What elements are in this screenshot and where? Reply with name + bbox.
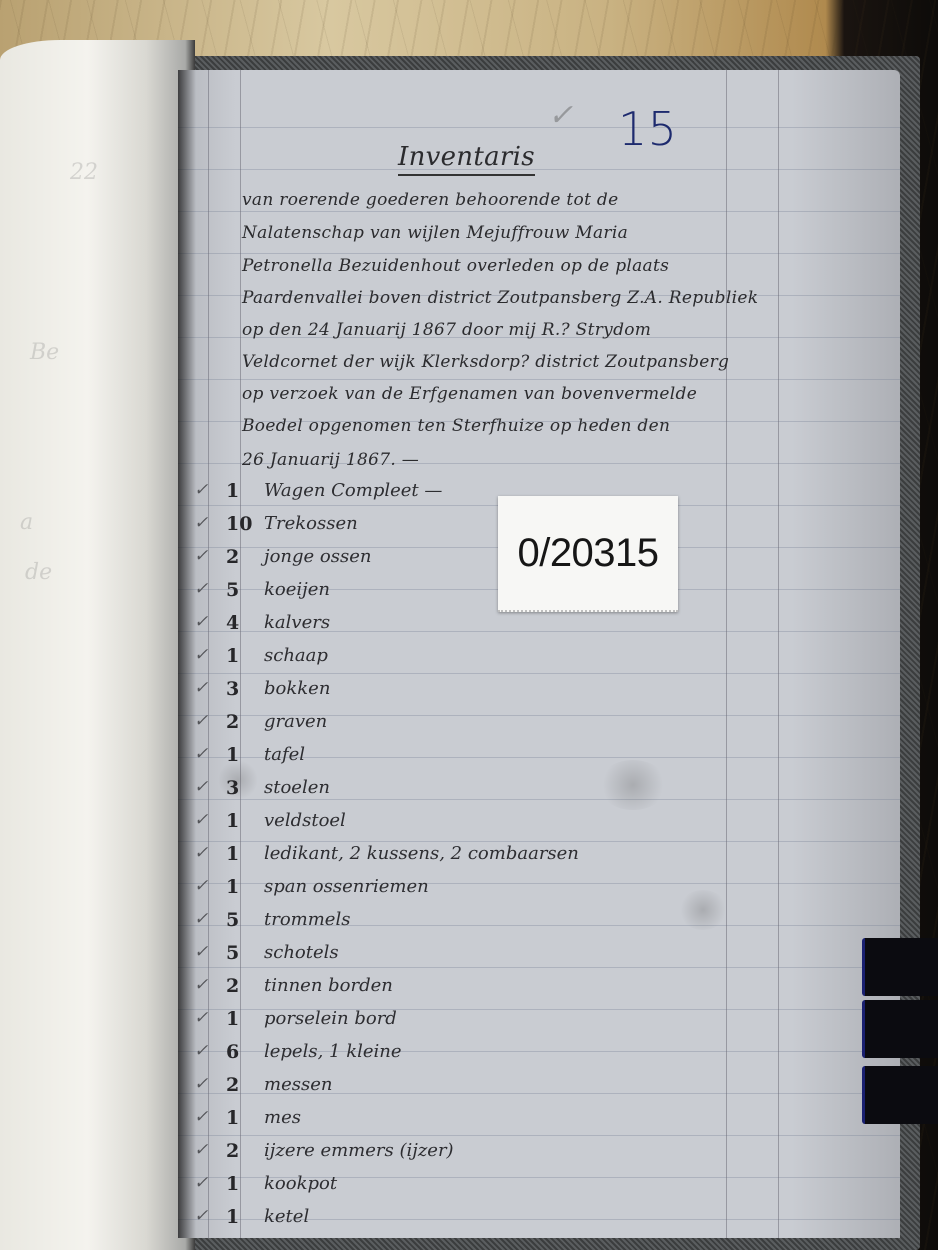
inventory-item: ✓ 1 ledikant, 2 kussens, 2 combaarsen xyxy=(194,843,794,877)
inventory-item: ✓ 1 span ossenriemen xyxy=(194,876,794,910)
inventory-item: ✓ 6 lepels, 1 kleine xyxy=(194,1041,794,1075)
document-page: ✓ 15 Inventaris van roerende goederen be… xyxy=(178,70,900,1238)
intro-line: 26 Januarij 1867. — xyxy=(242,450,419,470)
item-description: graven xyxy=(264,711,327,732)
check-mark: ✓ xyxy=(194,645,208,665)
intro-line: op den 24 Januarij 1867 door mij R.? Str… xyxy=(242,320,651,340)
item-description: mes xyxy=(264,1107,301,1128)
check-mark: ✓ xyxy=(194,909,208,929)
inventory-item: ✓ 10 Trekossen xyxy=(194,513,794,547)
check-mark: ✓ xyxy=(194,1041,208,1061)
intro-line: Boedel opgenomen ten Sterfhuize op heden… xyxy=(242,416,670,436)
intro-line: Nalatenschap van wijlen Mejuffrouw Maria xyxy=(242,223,628,243)
item-quantity: 2 xyxy=(226,1140,239,1162)
inventory-item: ✓ 1 tafel xyxy=(194,744,794,778)
item-quantity: 6 xyxy=(226,1041,239,1063)
check-mark: ✓ xyxy=(194,711,208,731)
item-description: span ossenriemen xyxy=(264,876,429,897)
inventory-item: ✓ 2 ijzere emmers (ijzer) xyxy=(194,1140,794,1174)
check-mark: ✓ xyxy=(194,513,208,533)
inventory-item: ✓ 1 Wagen Compleet — xyxy=(194,480,794,514)
item-description: Wagen Compleet — xyxy=(264,480,442,501)
check-mark: ✓ xyxy=(194,942,208,962)
item-quantity: 1 xyxy=(226,843,239,865)
check-mark: ✓ xyxy=(194,612,208,632)
check-mark: ✓ xyxy=(194,480,208,500)
left-page-mark: 22 xyxy=(70,160,98,185)
intro-line: Veldcornet der wijk Klerksdorp? district… xyxy=(242,352,729,372)
item-quantity: 1 xyxy=(226,1173,239,1195)
left-page-mark: a xyxy=(20,510,33,535)
item-description: stoelen xyxy=(264,777,330,798)
item-quantity: 1 xyxy=(226,1206,239,1228)
inventory-item: ✓ 1 schaap xyxy=(194,645,794,679)
item-quantity: 1 xyxy=(226,810,239,832)
binding-clip xyxy=(862,938,938,996)
item-description: koeijen xyxy=(264,579,330,600)
item-quantity: 3 xyxy=(226,777,239,799)
inventory-item: ✓ 1 mes xyxy=(194,1107,794,1141)
item-description: ketel xyxy=(264,1206,309,1227)
item-quantity: 1 xyxy=(226,645,239,667)
item-quantity: 4 xyxy=(226,612,239,634)
item-quantity: 1 xyxy=(226,744,239,766)
pencil-check-mark: ✓ xyxy=(548,98,573,133)
intro-line: op verzoek van de Erfgenamen van bovenve… xyxy=(242,384,697,404)
check-mark: ✓ xyxy=(194,678,208,698)
item-quantity: 2 xyxy=(226,711,239,733)
item-description: veldstoel xyxy=(264,810,346,831)
check-mark: ✓ xyxy=(194,1008,208,1028)
inventory-item: ✓ 1 veldstoel xyxy=(194,810,794,844)
item-description: tinnen borden xyxy=(264,975,393,996)
item-quantity: 2 xyxy=(226,975,239,997)
item-description: kalvers xyxy=(264,612,330,633)
check-mark: ✓ xyxy=(194,1206,208,1226)
item-description: tafel xyxy=(264,744,305,765)
item-description: messen xyxy=(264,1074,332,1095)
inventory-item: ✓ 5 trommels xyxy=(194,909,794,943)
left-page-mark: de xyxy=(25,560,52,585)
inventory-item: ✓ 2 tinnen borden xyxy=(194,975,794,1009)
inventory-item: ✓ 5 koeijen xyxy=(194,579,794,613)
item-description: trommels xyxy=(264,909,350,930)
inventory-item: ✓ 3 bokken xyxy=(194,678,794,712)
item-description: ijzere emmers (ijzer) xyxy=(264,1140,454,1161)
inventory-item: ✓ 5 schotels xyxy=(194,942,794,976)
check-mark: ✓ xyxy=(194,579,208,599)
inventory-item: ✓ 1 ketel xyxy=(194,1206,794,1238)
item-description: lepels, 1 kleine xyxy=(264,1041,402,1062)
item-description: jonge ossen xyxy=(264,546,371,567)
binding-clip xyxy=(862,1066,938,1124)
document-title: Inventaris xyxy=(398,142,535,176)
item-description: porselein bord xyxy=(264,1008,397,1029)
inventory-item: ✓ 2 graven xyxy=(194,711,794,745)
item-description: kookpot xyxy=(264,1173,337,1194)
check-mark: ✓ xyxy=(194,744,208,764)
check-mark: ✓ xyxy=(194,777,208,797)
archive-reference-number: 0/20315 xyxy=(517,531,658,576)
archive-reference-label: 0/20315 xyxy=(498,496,678,612)
inventory-item: ✓ 1 kookpot xyxy=(194,1173,794,1207)
check-mark: ✓ xyxy=(194,1107,208,1127)
item-quantity: 1 xyxy=(226,480,239,502)
check-mark: ✓ xyxy=(194,1173,208,1193)
inventory-item: ✓ 2 messen xyxy=(194,1074,794,1108)
item-quantity: 1 xyxy=(226,1008,239,1030)
check-mark: ✓ xyxy=(194,1140,208,1160)
item-quantity: 2 xyxy=(226,546,239,568)
item-quantity: 2 xyxy=(226,1074,239,1096)
intro-line: Petronella Bezuidenhout overleden op de … xyxy=(242,256,669,276)
item-quantity: 3 xyxy=(226,678,239,700)
check-mark: ✓ xyxy=(194,975,208,995)
inventory-item: ✓ 3 stoelen xyxy=(194,777,794,811)
intro-line: van roerende goederen behoorende tot de xyxy=(242,190,618,210)
item-description: Trekossen xyxy=(264,513,358,534)
item-quantity: 1 xyxy=(226,1107,239,1129)
intro-line: Paardenvallei boven district Zoutpansber… xyxy=(242,288,758,308)
check-mark: ✓ xyxy=(194,546,208,566)
inventory-item: ✓ 4 kalvers xyxy=(194,612,794,646)
left-page-mark: Be xyxy=(30,340,59,365)
check-mark: ✓ xyxy=(194,1074,208,1094)
check-mark: ✓ xyxy=(194,810,208,830)
check-mark: ✓ xyxy=(194,876,208,896)
inventory-item: ✓ 1 porselein bord xyxy=(194,1008,794,1042)
item-description: schaap xyxy=(264,645,328,666)
item-quantity: 5 xyxy=(226,579,239,601)
item-quantity: 10 xyxy=(226,513,252,535)
page-gutter-shadow xyxy=(178,70,196,1238)
item-quantity: 1 xyxy=(226,876,239,898)
folio-number: 15 xyxy=(618,102,677,156)
item-quantity: 5 xyxy=(226,942,239,964)
item-description: ledikant, 2 kussens, 2 combaarsen xyxy=(264,843,579,864)
item-description: schotels xyxy=(264,942,339,963)
inventory-item: ✓ 2 jonge ossen xyxy=(194,546,794,580)
left-page: 22 Be a de xyxy=(0,40,195,1250)
check-mark: ✓ xyxy=(194,843,208,863)
item-quantity: 5 xyxy=(226,909,239,931)
item-description: bokken xyxy=(264,678,330,699)
binding-clip xyxy=(862,1000,938,1058)
